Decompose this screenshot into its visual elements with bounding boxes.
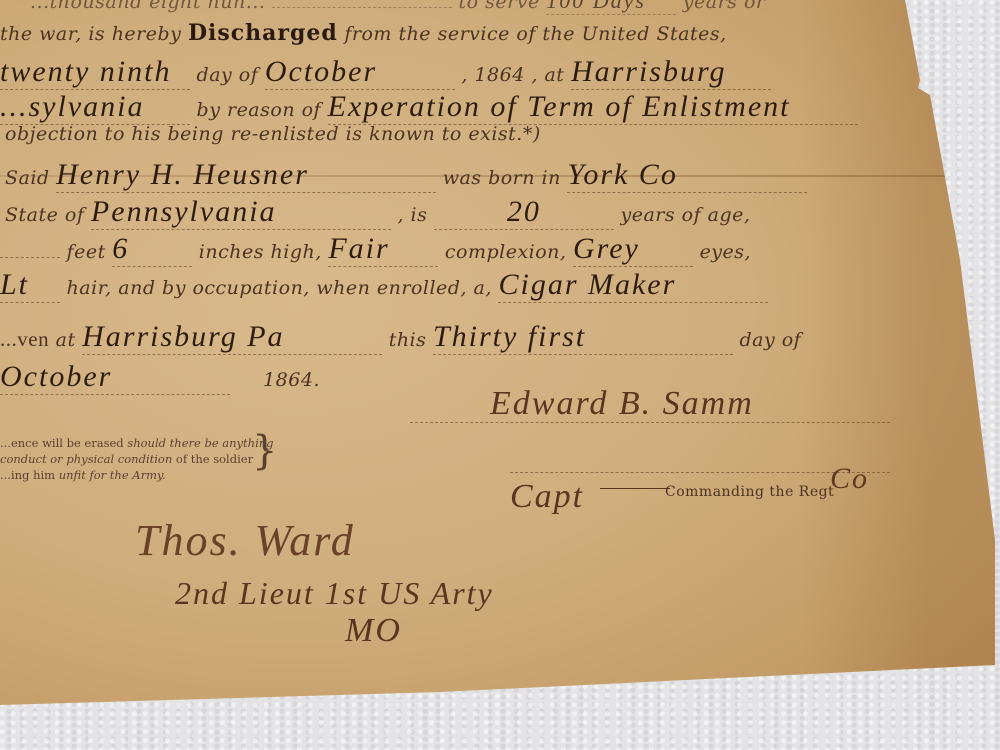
officer-role: MO (345, 612, 402, 650)
printed-text: Commanding the Regt (665, 484, 834, 500)
line-hair-occupation: Lt hair, and by occupation, when enrolle… (0, 268, 768, 303)
line-name-birthplace: Said Henry H. Heusner was born in York C… (5, 158, 807, 193)
line-state-age: State of Pennsylvania , is 20 years of a… (5, 195, 750, 230)
blank-feet (0, 257, 60, 258)
handwritten-day: twenty ninth (0, 55, 190, 90)
printed-text: complexion, (445, 241, 567, 263)
printed-text: objection to his being re-enlisted is kn… (5, 123, 541, 145)
handwritten-suffix: Co (830, 462, 869, 496)
footnote-text: of the soldier (176, 452, 253, 466)
officer-signature: Thos. Ward (135, 515, 355, 566)
handwritten-month: October (265, 55, 455, 90)
footnote-text: conduct or physical condition (0, 452, 172, 466)
discharged-heading: Discharged (188, 20, 338, 46)
handwritten-term: 100 Days (546, 0, 676, 15)
handwritten-reason: Experation of Term of Enlistment (328, 90, 858, 125)
footnote-text: unfit for the Army. (59, 468, 166, 482)
printed-text: was born in (443, 167, 561, 189)
blank-line (272, 7, 452, 8)
printed-text: years of age, (620, 204, 750, 226)
pen-stroke (600, 488, 670, 489)
printed-text: this (389, 329, 427, 351)
commanding-title: Commanding the Regt (665, 484, 834, 500)
footnote: ...ence will be erased should there be a… (0, 435, 274, 483)
footnote-brace: } (252, 428, 277, 474)
printed-text: the war, is hereby (0, 23, 181, 45)
line-height-complexion-eyes: feet 6 inches high, Fair complexion, Gre… (0, 232, 751, 267)
line-discharged: the war, is hereby Discharged from the s… (0, 20, 727, 46)
printed-text: at (56, 329, 76, 351)
handwritten-state: Pennsylvania (91, 195, 391, 230)
printed-text: hair, and by occupation, when enrolled, … (67, 277, 492, 299)
printed-text: feet (67, 241, 106, 263)
signature-line (510, 472, 890, 473)
line-given-at: ...ven at Harrisburg Pa this Thirty firs… (0, 320, 801, 355)
printed-text: eyes, (700, 241, 752, 263)
printed-text: years or (683, 0, 766, 13)
printed-text: day of (739, 329, 801, 351)
printed-text: , is (397, 204, 427, 226)
printed-text: Said (5, 167, 50, 189)
commander-rank: Capt (510, 478, 584, 516)
handwritten-place: Harrisburg Pa (82, 320, 382, 355)
handwritten-place: Harrisburg (571, 55, 771, 90)
printed-text: ...thousand eight hun... (30, 0, 265, 13)
line-reason: ...sylvania by reason of Experation of T… (0, 90, 858, 125)
handwritten-complexion: Fair (328, 232, 438, 267)
printed-text: from the service of the United States, (344, 23, 726, 45)
handwritten-inches: 6 (112, 232, 192, 267)
signature-line (410, 422, 890, 423)
printed-year: , 1864 , at (461, 64, 564, 86)
printed-text: State of (5, 204, 84, 226)
handwritten-hair: Lt (0, 268, 60, 303)
handwritten-occupation: Cigar Maker (498, 268, 768, 303)
handwritten-month: October (0, 360, 230, 395)
printed-text: day of (197, 64, 259, 86)
paper-fold-crease (0, 175, 960, 177)
printed-text: inches high, (199, 241, 322, 263)
printed-text: ...ven (0, 327, 49, 351)
footnote-text: ...ence will be erased (0, 436, 124, 450)
handwritten-state: ...sylvania (0, 90, 190, 125)
printed-text: to serve (459, 0, 540, 13)
printed-text: by reason of (197, 99, 322, 121)
line-given-date: October 1864. (0, 360, 320, 395)
officer-rank: 2nd Lieut 1st US Arty (175, 575, 494, 612)
handwritten-age: 20 (434, 195, 614, 230)
printed-year: 1864. (263, 369, 320, 391)
line-service-term: ...thousand eight hun... to serve 100 Da… (30, 0, 765, 15)
line-reenlist-note: objection to his being re-enlisted is kn… (5, 123, 541, 145)
footnote-text: ...ing him (0, 468, 55, 482)
commander-signature: Edward B. Samm (490, 385, 754, 423)
footnote-text: should there be anything (127, 436, 273, 450)
discharge-certificate-paper: ...thousand eight hun... to serve 100 Da… (0, 0, 1000, 750)
handwritten-day: Thirty first (433, 320, 733, 355)
line-discharge-date: twenty ninth day of October , 1864 , at … (0, 55, 771, 90)
handwritten-soldier-name: Henry H. Heusner (56, 158, 436, 193)
handwritten-eyes: Grey (573, 232, 693, 267)
handwritten-birthplace: York Co (567, 158, 807, 193)
